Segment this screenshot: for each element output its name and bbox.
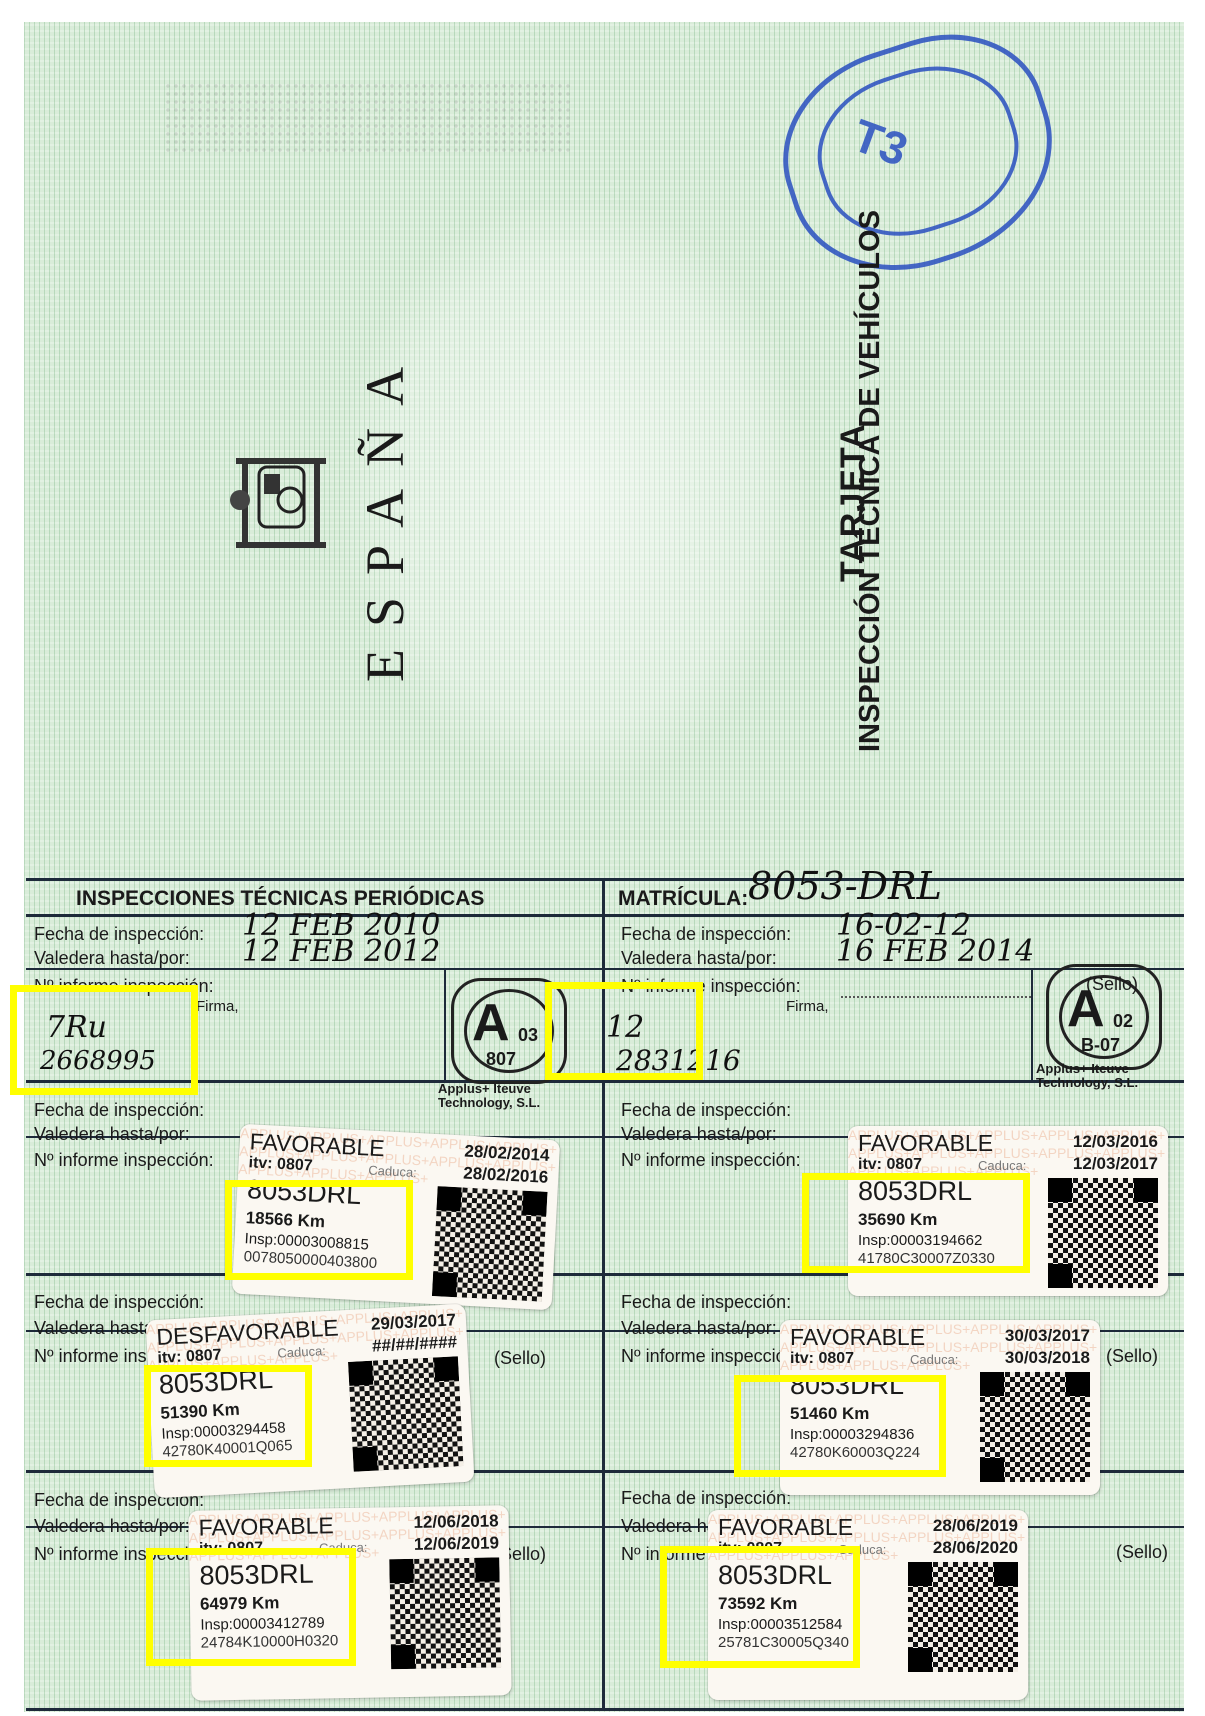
fecha-label: Fecha de inspección: — [621, 1100, 791, 1121]
highlight-box — [802, 1173, 1030, 1273]
fecha-label: Fecha de inspección: — [621, 1488, 791, 1509]
valedera-label: Valedera hasta/por: — [621, 1318, 777, 1339]
card-subtitle: INSPECCIÓN TÉCNICA DE VEHÍCULOS — [854, 210, 887, 752]
perforated-number — [164, 82, 574, 152]
coat-of-arms-icon — [224, 452, 334, 562]
highlight-box — [10, 985, 198, 1095]
qr-code-icon — [389, 1557, 501, 1669]
slot1-valedera: 12 FEB 2012 — [242, 934, 440, 969]
firma-label: Firma, — [196, 998, 239, 1015]
qr-code-icon — [1048, 1178, 1158, 1288]
fecha-label: Fecha de inspección: — [34, 1100, 204, 1121]
sello-label: (Sello) — [1106, 1346, 1158, 1367]
country-title: ESPAÑA — [354, 345, 416, 682]
qr-code-icon — [348, 1356, 464, 1472]
highlight-box — [144, 1365, 312, 1467]
informe-label: Nº informe inspección: — [34, 1150, 214, 1171]
qr-code-icon — [908, 1562, 1018, 1672]
qr-code-icon — [980, 1372, 1090, 1482]
sello-label: (Sello) — [1086, 974, 1138, 995]
plate-value: 8053-DRL — [748, 864, 942, 908]
highlight-box — [225, 1180, 413, 1280]
plate-label: MATRÍCULA: — [618, 887, 748, 911]
highlight-box — [545, 982, 703, 1080]
fecha-label: Fecha de inspección: — [621, 1292, 791, 1313]
sello-label: (Sello) — [494, 1348, 546, 1369]
valedera-label: Valedera hasta/por: — [621, 948, 777, 969]
highlight-box — [146, 1548, 356, 1666]
valedera-label: Valedera hasta/por: — [621, 1124, 777, 1145]
valedera-label: Valedera hasta/por: — [34, 948, 190, 969]
informe-label: Nº informe inspección: — [621, 1346, 801, 1367]
informe-label: Nº informe inspección: — [621, 1150, 801, 1171]
fecha-label: Fecha de inspección: — [34, 1292, 204, 1313]
seal-caption: Applus+ Iteuve Technology, S.L. — [438, 1082, 588, 1110]
fecha-label: Fecha de inspección: — [621, 924, 791, 945]
qr-code-icon — [432, 1186, 548, 1302]
seal-caption: Applus+ Iteuve Technology, S.L. — [1036, 1062, 1186, 1090]
valedera-label: Valedera hasta/por: — [34, 1124, 190, 1145]
valedera-label: Valedera hasta/por: — [34, 1516, 190, 1537]
sello-label: (Sello) — [1116, 1542, 1168, 1563]
slot2-valedera: 16 FEB 2014 — [836, 934, 1034, 969]
highlight-box — [734, 1375, 946, 1477]
fecha-label: Fecha de inspección: — [34, 924, 204, 945]
highlight-box — [660, 1546, 860, 1668]
firma-label: Firma, — [786, 998, 829, 1015]
